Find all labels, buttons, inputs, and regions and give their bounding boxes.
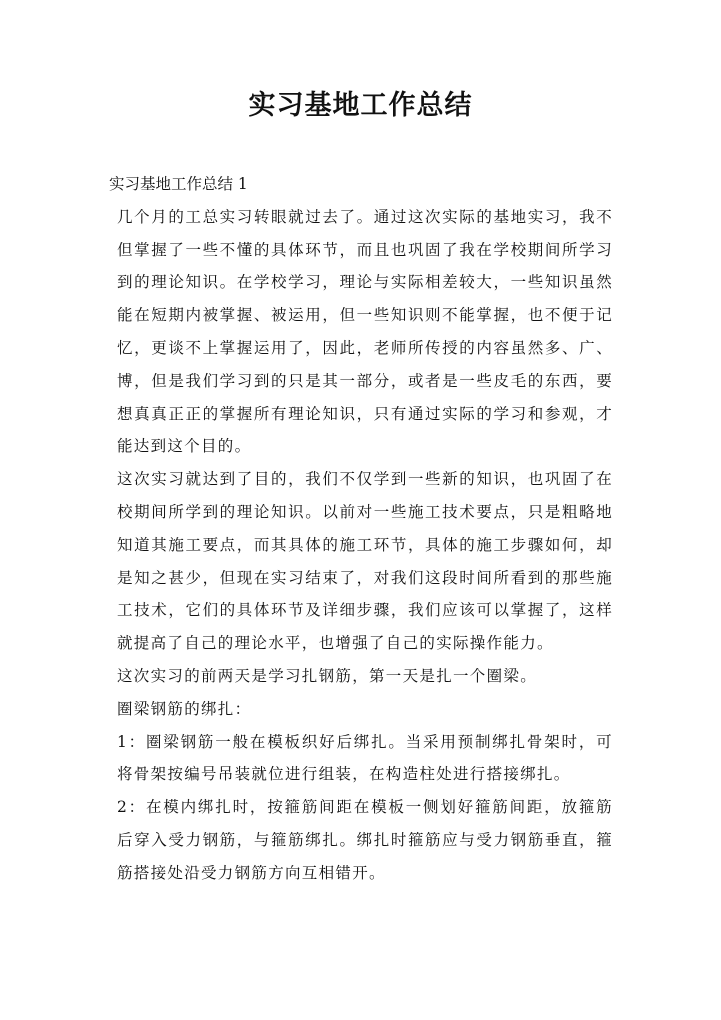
paragraph: 几个月的工总实习转眼就过去了。通过这次实际的基地实习，我不但掌握了一些不懂的具体… [109,201,613,463]
document-page: 实习基地工作总结 实习基地工作总结 1 几个月的工总实习转眼就过去了。通过这次实… [0,0,721,1020]
section-heading: 实习基地工作总结 1 [109,168,613,201]
paragraph: 这次实习就达到了目的，我们不仅学到一些新的知识，也巩固了在校期间所学到的理论知识… [109,463,613,660]
paragraph: 1：圈梁钢筋一般在模板织好后绑扎。当采用预制绑扎骨架时，可将骨架按编号吊装就位进… [109,726,613,792]
document-body: 实习基地工作总结 1 几个月的工总实习转眼就过去了。通过这次实际的基地实习，我不… [109,168,613,890]
paragraph: 圈梁钢筋的绑扎： [109,693,613,726]
document-title: 实习基地工作总结 [0,86,721,126]
paragraph: 2：在模内绑扎时，按箍筋间距在模板一侧划好箍筋间距，放箍筋后穿入受力钢筋，与箍筋… [109,791,613,889]
paragraph: 这次实习的前两天是学习扎钢筋，第一天是扎一个圈梁。 [109,660,613,693]
